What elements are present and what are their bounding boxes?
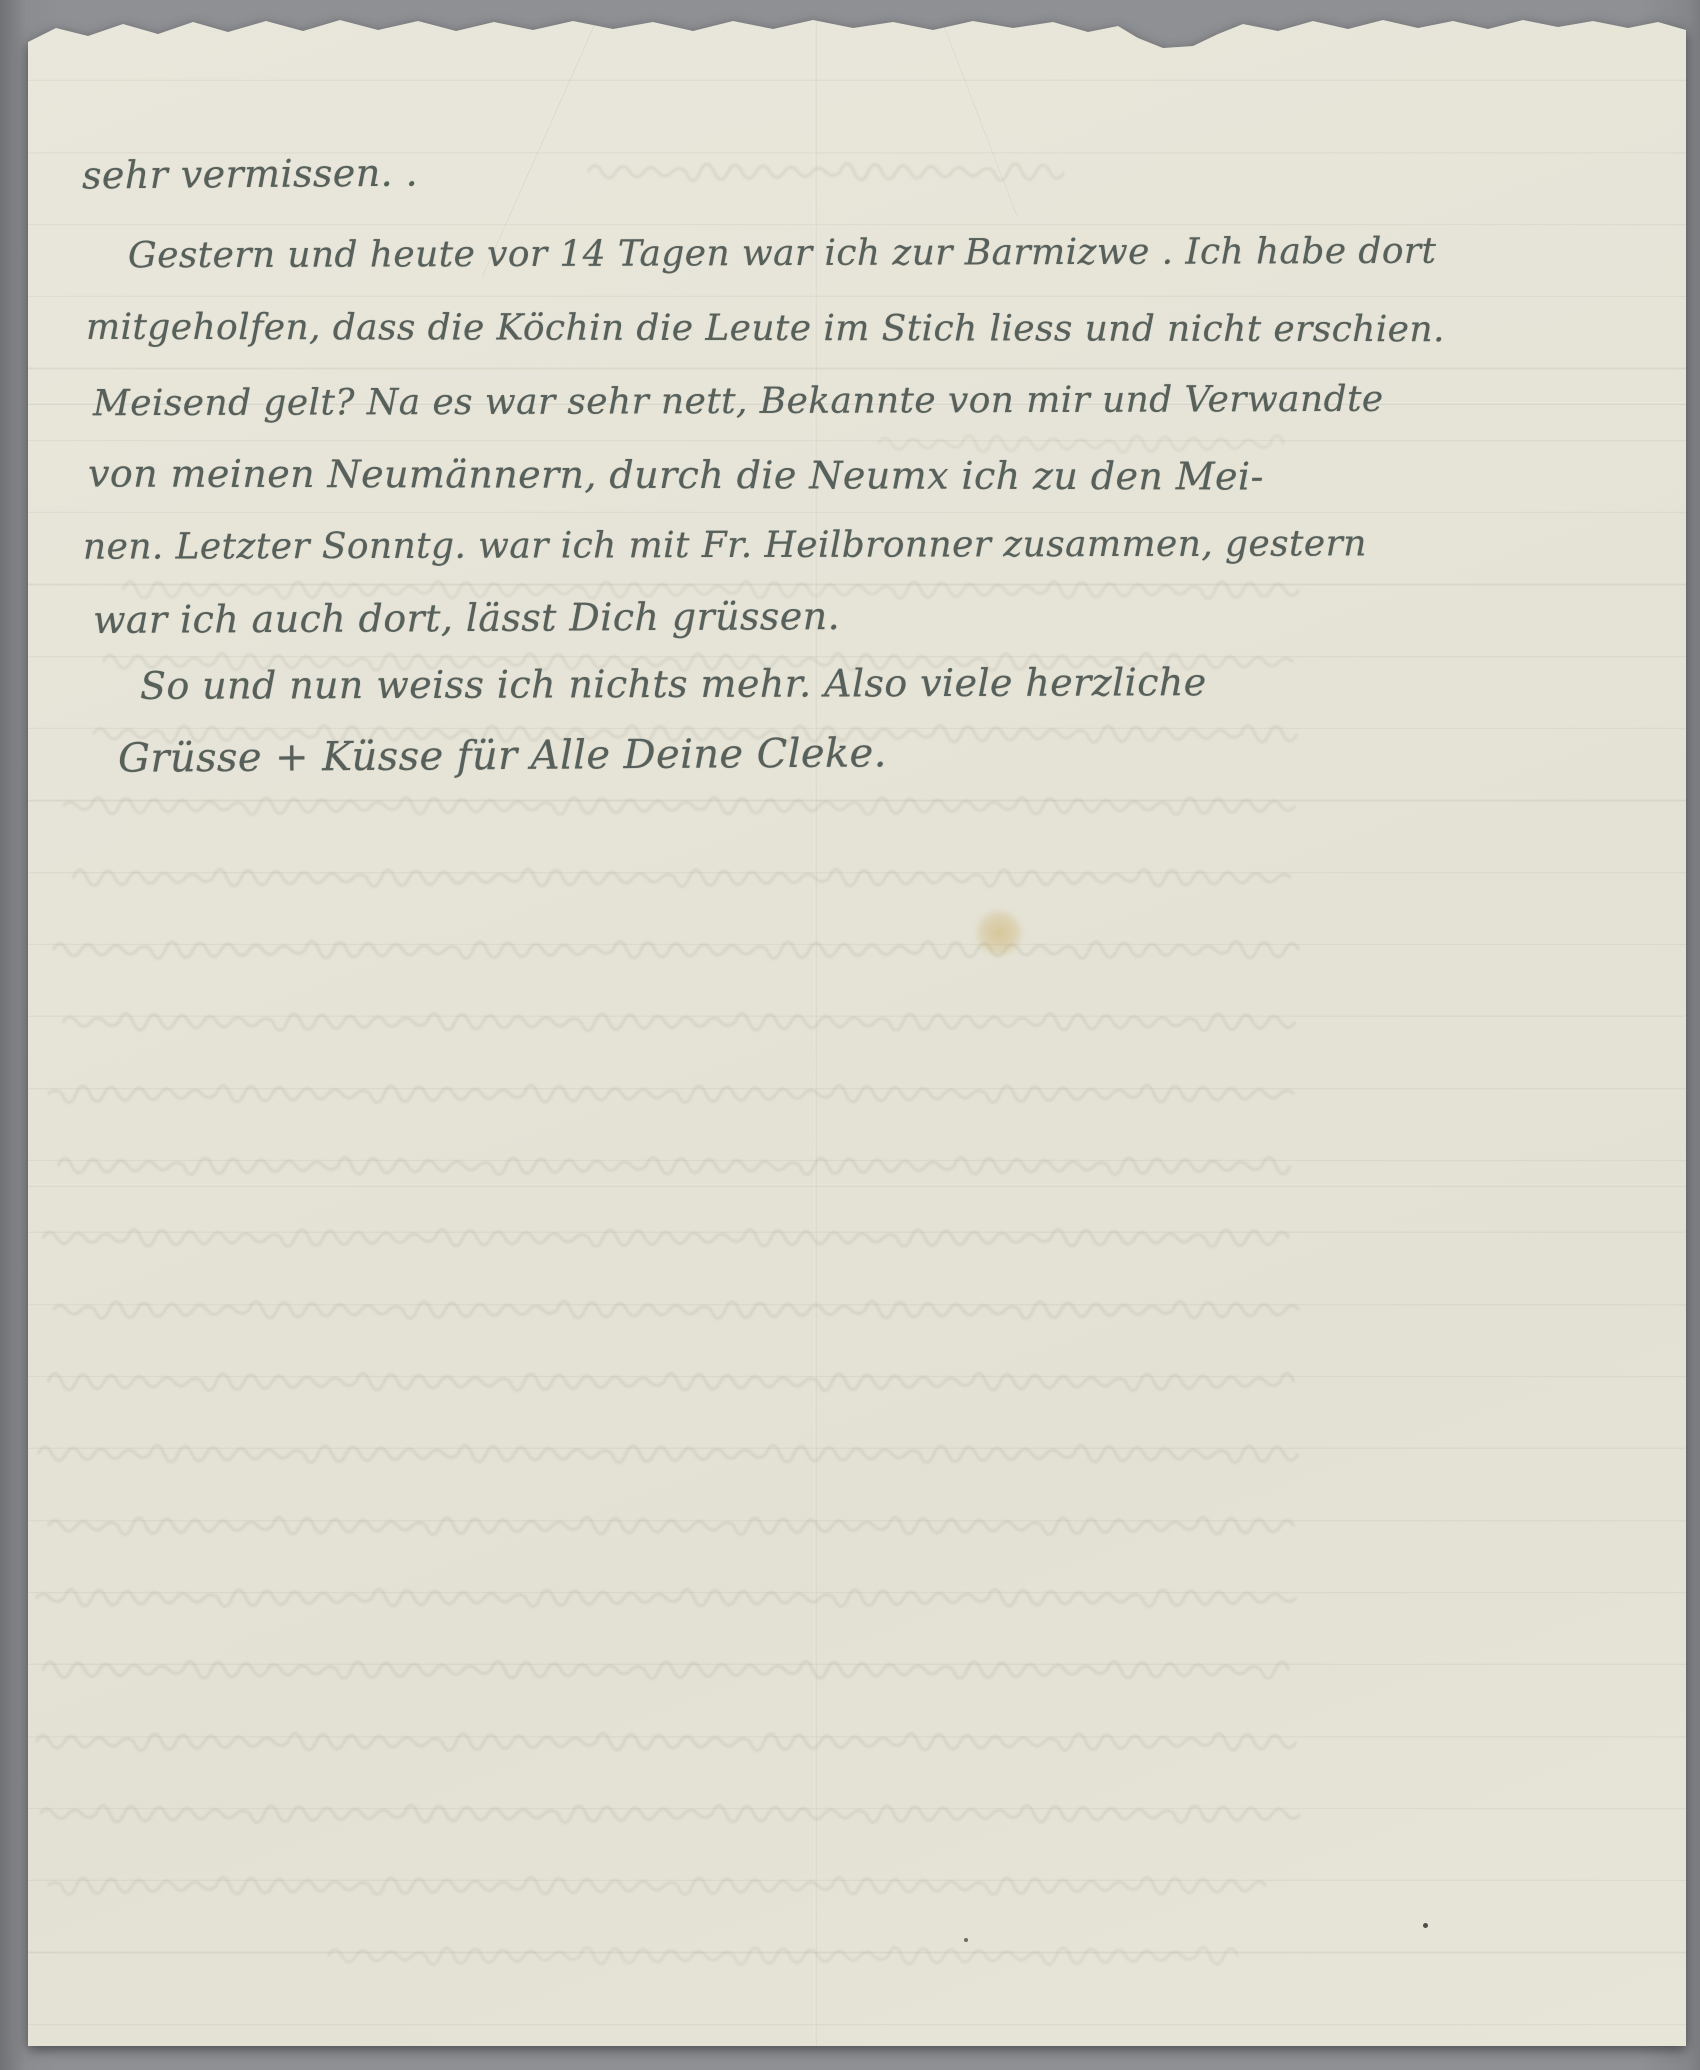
letter-line: von meinen Neumännern, durch die Neumx i… [88,451,1264,498]
letter-line: Meisend gelt? Na es war sehr nett, Bekan… [93,379,1384,425]
handwritten-text: sehr vermissen. . Gestern und heute vor … [0,0,1700,2070]
letter-line: nen. Letzter Sonntg. war ich mit Fr. Hei… [83,523,1367,567]
letter-line: So und nun weiss ich nichts mehr. Also v… [140,660,1207,708]
letter-line: Grüsse + Küsse für Alle Deine Cleke. [118,730,887,781]
letter-line: Gestern und heute vor 14 Tagen war ich z… [128,231,1436,277]
scan-background: sehr vermissen. . Gestern und heute vor … [0,0,1700,2070]
letter-line: war ich auch dort, lässt Dich grüssen. [93,594,840,642]
letter-line: sehr vermissen. . [82,151,418,198]
letter-line: mitgeholfen, dass die Köchin die Leute i… [86,307,1445,350]
